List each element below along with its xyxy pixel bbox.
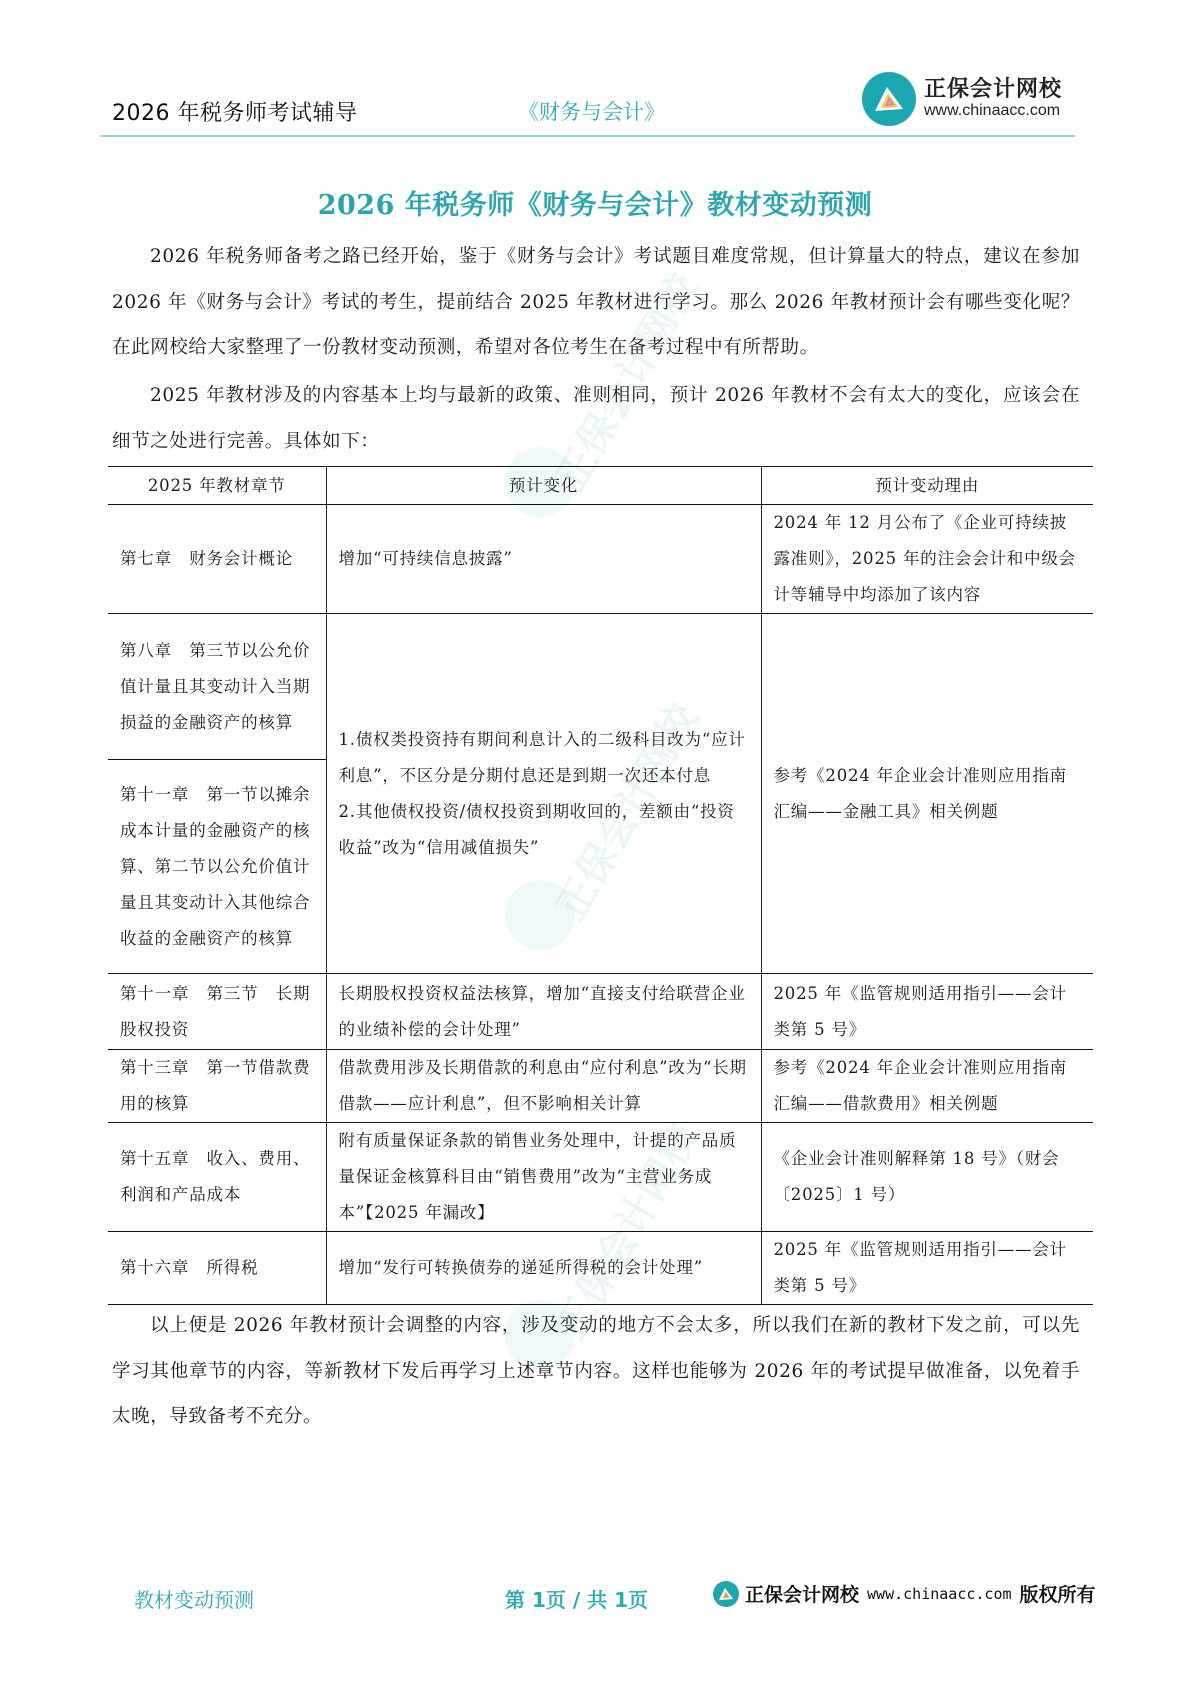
footer-brand: 正保会计网校 www.chinaacc.com 版权所有: [713, 1580, 1096, 1607]
cell-chapter-group: 第八章 第三节以公允价值计量且其变动计入当期损益的金融资产的核算 第十一章 第一…: [108, 614, 326, 974]
cell-change: 长期股权投资权益法核算，增加“直接支付给联营企业的业绩补偿的会计处理”: [326, 974, 761, 1050]
cell-change: 附有质量保证条款的销售业务处理中，计提的产品质量保证金核算科目由“销售费用”改为…: [326, 1123, 761, 1232]
header-divider: [100, 135, 1075, 137]
cell-chapter: 第七章 财务会计概论: [108, 505, 326, 614]
column-header-reason: 预计变动理由: [761, 467, 1093, 505]
cell-chapter: 第八章 第三节以公允价值计量且其变动计入当期损益的金融资产的核算: [108, 614, 326, 759]
cell-chapter: 第十一章 第三节 长期股权投资: [108, 974, 326, 1050]
cell-change: 借款费用涉及长期借款的利息由“应付利息”改为“长期借款——应计利息”，但不影响相…: [326, 1050, 761, 1123]
table-row: 第十三章 第一节借款费用的核算 借款费用涉及长期借款的利息由“应付利息”改为“长…: [108, 1050, 1093, 1123]
column-header-change: 预计变化: [326, 467, 761, 505]
document-title: 2026 年税务师《财务与会计》教材变动预测: [0, 183, 1190, 222]
table-row: 第八章 第三节以公允价值计量且其变动计入当期损益的金融资产的核算 第十一章 第一…: [108, 614, 1093, 974]
footer-rights: 版权所有: [1020, 1580, 1096, 1607]
cell-reason: 《企业会计准则解释第 18 号》（财会〔2025〕1 号）: [761, 1123, 1093, 1232]
footer-brand-name: 正保会计网校: [745, 1580, 859, 1607]
table-header-row: 2025 年教材章节 预计变化 预计变动理由: [108, 467, 1093, 505]
closing-paragraph: 以上便是 2026 年教材预计会调整的内容，涉及变动的地方不会太多，所以我们在新…: [112, 1303, 1080, 1440]
cell-change: 1.债权类投资持有期间利息计入的二级科目改为“应计利息”，不区分是分期付息还是到…: [326, 614, 761, 974]
cell-change: 增加“可持续信息披露”: [326, 505, 761, 614]
changes-table: 2025 年教材章节 预计变化 预计变动理由 第七章 财务会计概论 增加“可持续…: [108, 466, 1093, 1305]
chinaacc-logo-icon: [713, 1581, 739, 1607]
cell-reason: 参考《2024 年企业会计准则应用指南汇编——金融工具》相关例题: [761, 614, 1093, 974]
table-row: 第十一章 第三节 长期股权投资 长期股权投资权益法核算，增加“直接支付给联营企业…: [108, 974, 1093, 1050]
cell-chapter: 第十五章 收入、费用、利润和产品成本: [108, 1123, 326, 1232]
cell-reason: 2025 年《监管规则适用指引——会计类第 5 号》: [761, 1232, 1093, 1305]
header-exam-title: 2026 年税务师考试辅导: [112, 96, 357, 127]
cell-chapter: 第十六章 所得税: [108, 1232, 326, 1305]
table-row: 第七章 财务会计概论 增加“可持续信息披露” 2024 年 12 月公布了《企业…: [108, 505, 1093, 614]
column-header-chapter: 2025 年教材章节: [108, 467, 326, 505]
cell-chapter: 第十三章 第一节借款费用的核算: [108, 1050, 326, 1123]
logo-url: www.chinaacc.com: [924, 102, 1062, 120]
change-item-2: 2.其他债权投资/债权投资到期收回的，差额由“投资收益”改为“信用减值损失”: [339, 794, 749, 866]
table-row: 第十五章 收入、费用、利润和产品成本 附有质量保证条款的销售业务处理中，计提的产…: [108, 1123, 1093, 1232]
intro-paragraph-2: 2025 年教材涉及的内容基本上均与最新的政策、准则相同，预计 2026 年教材…: [112, 373, 1080, 464]
change-item-1: 1.债权类投资持有期间利息计入的二级科目改为“应计利息”，不区分是分期付息还是到…: [339, 722, 749, 794]
cell-reason: 参考《2024 年企业会计准则应用指南汇编——借款费用》相关例题: [761, 1050, 1093, 1123]
footer-doc-label: 教材变动预测: [134, 1584, 254, 1613]
cell-chapter: 第十一章 第一节以摊余成本计量的金融资产的核算、第二节以公允价值计量且其变动计入…: [108, 759, 326, 973]
footer-page-indicator: 第 1页 / 共 1页: [505, 1584, 648, 1613]
cell-reason: 2024 年 12 月公布了《企业可持续披露准则》，2025 年的注会会计和中级…: [761, 505, 1093, 614]
header-subject: 《财务与会计》: [518, 96, 665, 126]
table-row: 第十六章 所得税 增加“发行可转换债券的递延所得税的会计处理” 2025 年《监…: [108, 1232, 1093, 1305]
logo-name: 正保会计网校: [924, 78, 1062, 102]
footer-url: www.chinaacc.com: [867, 1585, 1012, 1603]
chinaacc-logo-icon: [862, 72, 916, 126]
intro-paragraph-1: 2026 年税务师备考之路已经开始，鉴于《财务与会计》考试题目难度常规，但计算量…: [112, 234, 1080, 371]
cell-reason: 2025 年《监管规则适用指引——会计类第 5 号》: [761, 974, 1093, 1050]
cell-change: 增加“发行可转换债券的递延所得税的会计处理”: [326, 1232, 761, 1305]
brand-logo: 正保会计网校 www.chinaacc.com: [862, 72, 1062, 126]
